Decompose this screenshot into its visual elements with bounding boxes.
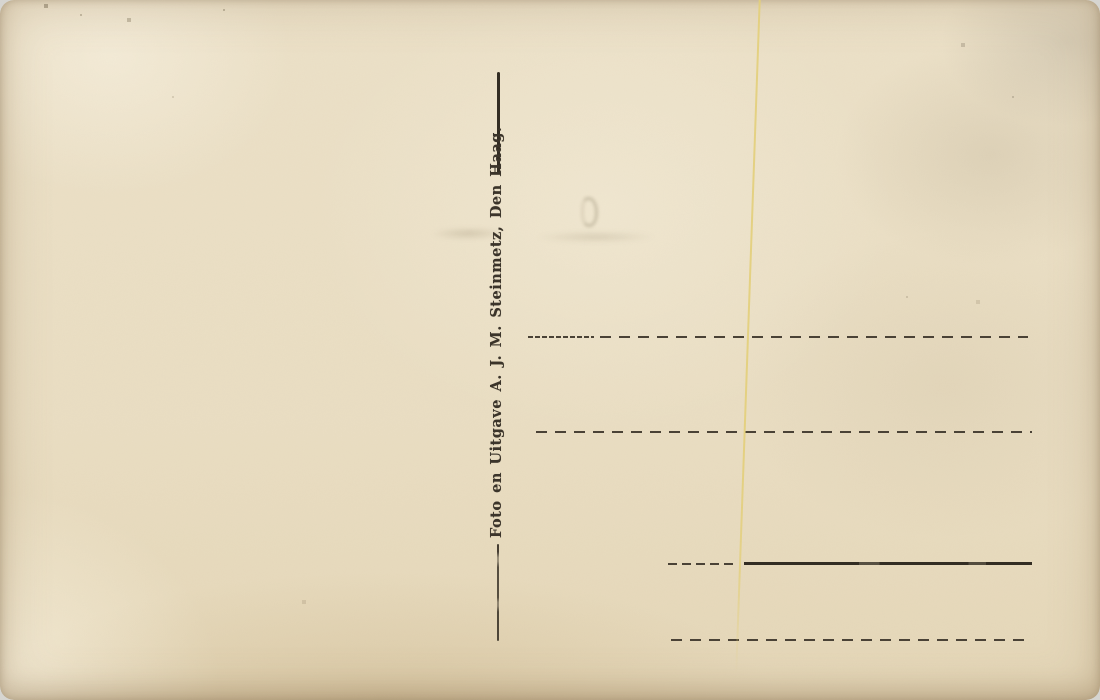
postcard-back: Foto en Uitgave A. J. M. Steinmetz, Den … xyxy=(0,0,1100,700)
paper-specks xyxy=(0,0,2,2)
ink-bleedthrough xyxy=(0,0,1100,700)
address-line-1 xyxy=(528,336,1028,338)
bleedthrough-initial-mark xyxy=(581,197,598,227)
address-line-4 xyxy=(671,639,1029,641)
bleedthrough-script-mark xyxy=(534,229,672,245)
address-line-2 xyxy=(536,431,1032,433)
divider-bottom-rule xyxy=(497,544,499,641)
publisher-imprint: Foto en Uitgave A. J. M. Steinmetz, Den … xyxy=(488,178,510,538)
address-line-3 xyxy=(668,562,1032,565)
paper-grain-texture xyxy=(0,0,1100,700)
scan-background: Foto en Uitgave A. J. M. Steinmetz, Den … xyxy=(0,0,1100,700)
